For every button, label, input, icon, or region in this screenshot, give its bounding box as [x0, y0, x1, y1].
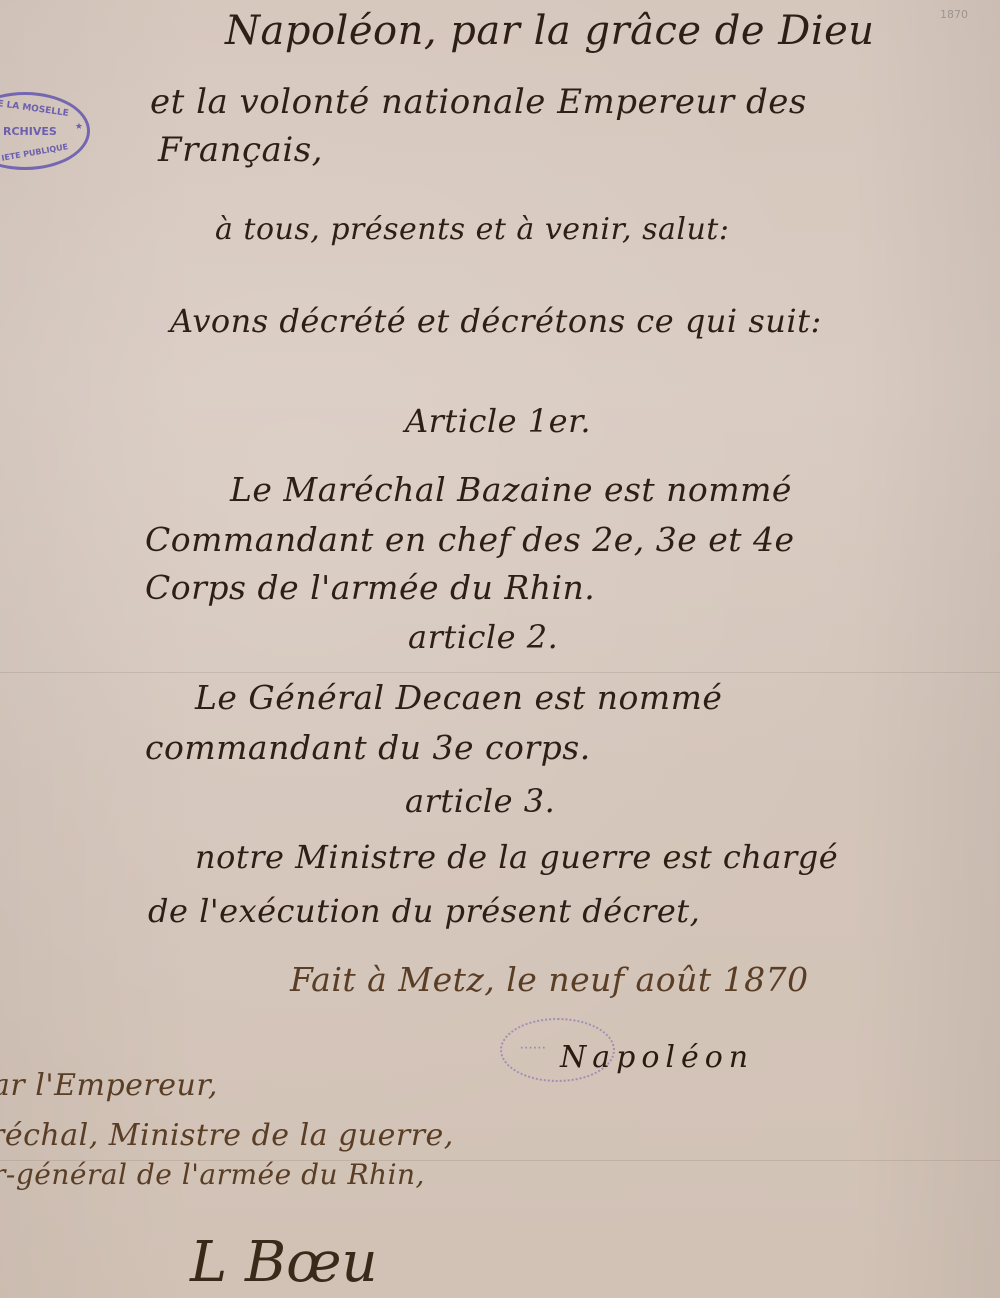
countersign-line-2: réchal, Ministre de la guerre,	[0, 1118, 454, 1153]
article-2-line-2: commandant du 3e corps.	[145, 728, 591, 767]
preamble: Avons décrété et décrétons ce qui suit:	[170, 302, 822, 340]
countersign-line-1: ar l'Empereur,	[0, 1068, 218, 1103]
salutation: à tous, présents et à venir, salut:	[215, 212, 729, 247]
heading-line-3: Français,	[158, 130, 323, 170]
faded-stamp-text: ······	[520, 1044, 547, 1054]
article-1-line-1: Le Maréchal Bazaine est nommé	[230, 470, 792, 509]
stamp-top-text: E LA MOSELLE	[0, 99, 69, 119]
pencil-note: 1870	[940, 8, 968, 21]
stamp-bottom-text: IETE PUBLIQUE	[1, 142, 69, 163]
heading-line-2: et la volonté nationale Empereur des	[150, 82, 807, 122]
article-1-title: Article 1er.	[405, 402, 591, 440]
article-2-title: article 2.	[408, 618, 558, 656]
stamp-middle-text: RCHIVES	[3, 125, 57, 138]
dateline: Fait à Metz, le neuf août 1870	[290, 960, 809, 999]
article-2-line-1: Le Général Decaen est nommé	[195, 678, 722, 717]
article-3-line-2: de l'exécution du présent décret,	[148, 892, 700, 930]
star-icon: ★	[75, 122, 83, 132]
article-3-line-1: notre Ministre de la guerre est chargé	[195, 838, 838, 876]
countersign-line-3: r-général de l'armée du Rhin,	[0, 1158, 425, 1191]
paper-fold-line	[0, 672, 1000, 673]
article-3-title: article 3.	[405, 782, 555, 820]
minister-signature: L Bœu	[190, 1230, 378, 1295]
archives-stamp: E LA MOSELLE RCHIVES IETE PUBLIQUE ★	[0, 92, 90, 170]
article-1-line-2: Commandant en chef des 2e, 3e et 4e	[145, 520, 795, 559]
emperor-signature: Napoléon	[560, 1040, 754, 1075]
heading-line-1: Napoléon, par la grâce de Dieu	[225, 8, 875, 54]
article-1-line-3: Corps de l'armée du Rhin.	[145, 568, 595, 607]
